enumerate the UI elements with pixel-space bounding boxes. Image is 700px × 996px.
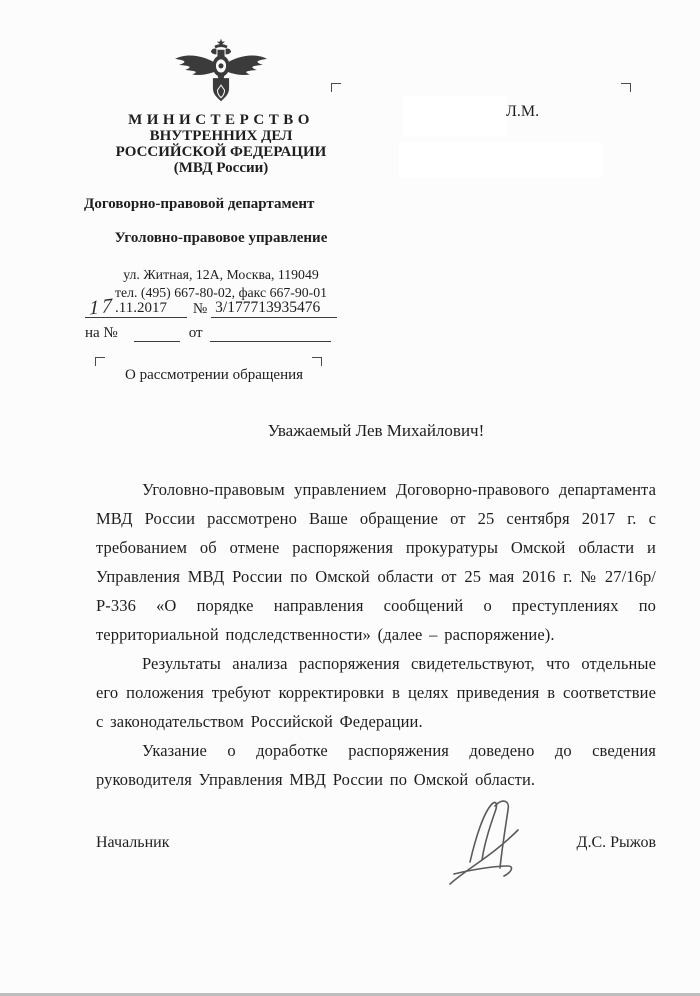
salutation: Уважаемый Лев Михайлович! <box>96 421 656 441</box>
address-zone-corner-right-icon <box>621 83 631 92</box>
number-sign: № <box>193 301 207 318</box>
division-name: Уголовно-правовое управление <box>84 230 358 247</box>
letter-body: Уважаемый Лев Михайлович! Уголовно-право… <box>96 421 656 794</box>
signer-position-title: Начальник <box>96 834 169 852</box>
subject-corner-right-icon <box>312 357 322 366</box>
ministry-name-line-3: РОССИЙСКОЙ ФЕДЕРАЦИИ <box>84 144 358 160</box>
body-paragraph: Уголовно-правовым управлением Договорно-… <box>96 475 656 649</box>
letterhead-address: ул. Житная, 12А, Москва, 119049 тел. (49… <box>84 266 358 302</box>
body-paragraph: Результаты анализа распоряжения свидетел… <box>96 649 656 736</box>
body-paragraph: Указание о доработке распоряжения доведе… <box>96 736 656 794</box>
reply-date-blank-field <box>210 341 331 342</box>
signature-row: Начальник Д.С. Рыжов <box>96 834 656 852</box>
reference-block: 17.11.2017 № 3/177713935476 на № от <box>85 299 337 342</box>
redacted-recipient-name-box <box>402 96 506 136</box>
printed-date: .11.2017 <box>115 300 167 316</box>
reply-number-blank-field <box>134 341 180 342</box>
redacted-recipient-address-box <box>399 142 602 178</box>
reply-to-label: на № <box>85 325 118 342</box>
handwritten-day: 17 <box>89 298 115 315</box>
signer-name: Д.С. Рыжов <box>577 834 656 852</box>
outgoing-number-field: 3/177713935476 <box>211 299 337 318</box>
outgoing-date-field: 17.11.2017 <box>85 299 187 318</box>
subject-corner-left-icon <box>95 357 105 366</box>
ministry-name-line-1: МИНИСТЕРСТВО <box>84 112 358 128</box>
reply-reference-row: на № от <box>85 321 337 342</box>
handwritten-signature-icon <box>440 796 535 891</box>
address-zone-corner-left-icon <box>331 83 341 92</box>
department-name: Договорно-правовой департамент <box>84 196 358 213</box>
letterhead: МИНИСТЕРСТВО ВНУТРЕННИХ ДЕЛ РОССИЙСКОЙ Ф… <box>84 36 358 302</box>
mvd-eagle-emblem-icon <box>173 36 269 108</box>
scanned-letter-page: МИНИСТЕРСТВО ВНУТРЕННИХ ДЕЛ РОССИЙСКОЙ Ф… <box>0 0 700 996</box>
street-address: ул. Житная, 12А, Москва, 119049 <box>84 266 358 284</box>
ministry-name-line-4: (МВД России) <box>84 160 358 176</box>
ministry-name-line-2: ВНУТРЕННИХ ДЕЛ <box>84 128 358 144</box>
recipient-initials: Л.М. <box>506 103 539 121</box>
outgoing-reference-row: 17.11.2017 № 3/177713935476 <box>85 299 337 318</box>
reply-from-label: от <box>189 325 203 342</box>
subject-line: О рассмотрении обращения <box>125 367 303 384</box>
